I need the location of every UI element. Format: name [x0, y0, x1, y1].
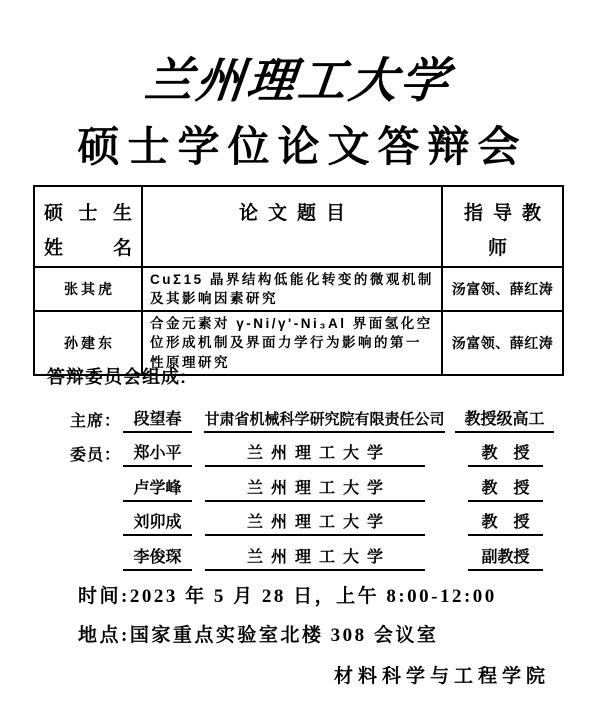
member-organization: 兰州理工大学 — [205, 440, 425, 467]
role-label — [70, 569, 123, 571]
place-line: 地点:国家重点实验室北楼 308 会议室 — [78, 620, 438, 647]
member-organization: 兰州理工大学 — [205, 509, 425, 536]
member-name: 李俊琛 — [123, 544, 192, 571]
thesis-title: 合金元素对 γ-Ni/γ'-Ni₃Al 界面氢化空位形成机制及界面力学行为影响的… — [142, 311, 442, 374]
thesis-title: CuΣ15 晶界结构低能化转变的微观机制及其影响因素研究 — [142, 267, 442, 311]
header-advisor: 指导教师 — [442, 186, 563, 267]
committee-row-member: 刘卯成 兰州理工大学 教 授 — [70, 502, 570, 537]
role-label: 委员： — [70, 442, 123, 467]
role-label: 主席： — [70, 408, 123, 433]
committee-section-label: 答辩委员会组成: — [47, 363, 187, 389]
advisor-names: 汤富领、薛红涛 — [442, 267, 563, 311]
member-organization: 兰州理工大学 — [205, 475, 425, 502]
committee-row-member: 李俊琛 兰州理工大学 副教授 — [70, 536, 570, 571]
defense-table: 硕士生 姓名 论文题目 指导教师 张其虎 CuΣ15 晶界结构低能化转变的微观机… — [33, 185, 564, 376]
member-title: 教 授 — [468, 509, 543, 536]
defense-announcement-page: 兰州理工大学 硕士学位论文答辩会 硕士生 姓名 论文题目 指导教师 张其虎 Cu… — [0, 0, 597, 719]
header-student-line2: 姓名 — [44, 231, 132, 266]
chair-organization: 甘肃省机械科学研究院有限责任公司 — [204, 408, 445, 433]
student-name: 张其虎 — [34, 267, 142, 311]
member-title: 教 授 — [468, 475, 543, 502]
member-name: 郑小平 — [123, 440, 192, 467]
member-title: 教 授 — [468, 440, 543, 467]
chair-name: 段望春 — [123, 406, 192, 433]
table-header-row: 硕士生 姓名 论文题目 指导教师 — [34, 186, 563, 267]
page-title: 硕士学位论文答辩会 — [0, 114, 597, 174]
time-line: 时间:2023 年 5 月 28 日，上午 8:00-12:00 — [78, 581, 497, 608]
advisor-names: 汤富领、薛红涛 — [442, 311, 563, 374]
role-label — [70, 500, 123, 502]
member-title: 副教授 — [468, 544, 543, 571]
department-signature: 材料科学与工程学院 — [334, 661, 550, 688]
committee-row-member: 委员： 郑小平 兰州理工大学 教 授 — [70, 433, 570, 468]
table-row: 张其虎 CuΣ15 晶界结构低能化转变的微观机制及其影响因素研究 汤富领、薛红涛 — [34, 267, 563, 311]
member-name: 卢学峰 — [123, 475, 192, 502]
member-organization: 兰州理工大学 — [205, 544, 425, 571]
role-label — [70, 534, 123, 536]
member-name: 刘卯成 — [123, 509, 192, 536]
chair-title: 教授级高工 — [455, 406, 554, 433]
header-student-line1: 硕士生 — [44, 196, 132, 231]
committee-row-chair: 主席： 段望春 甘肃省机械科学研究院有限责任公司 教授级高工 — [70, 398, 570, 433]
header-student-name: 硕士生 姓名 — [34, 186, 142, 267]
committee-list: 主席： 段望春 甘肃省机械科学研究院有限责任公司 教授级高工 委员： 郑小平 兰… — [70, 398, 570, 571]
committee-row-member: 卢学峰 兰州理工大学 教 授 — [70, 467, 570, 502]
university-logo: 兰州理工大学 — [0, 42, 597, 111]
header-thesis-title: 论文题目 — [142, 186, 442, 267]
